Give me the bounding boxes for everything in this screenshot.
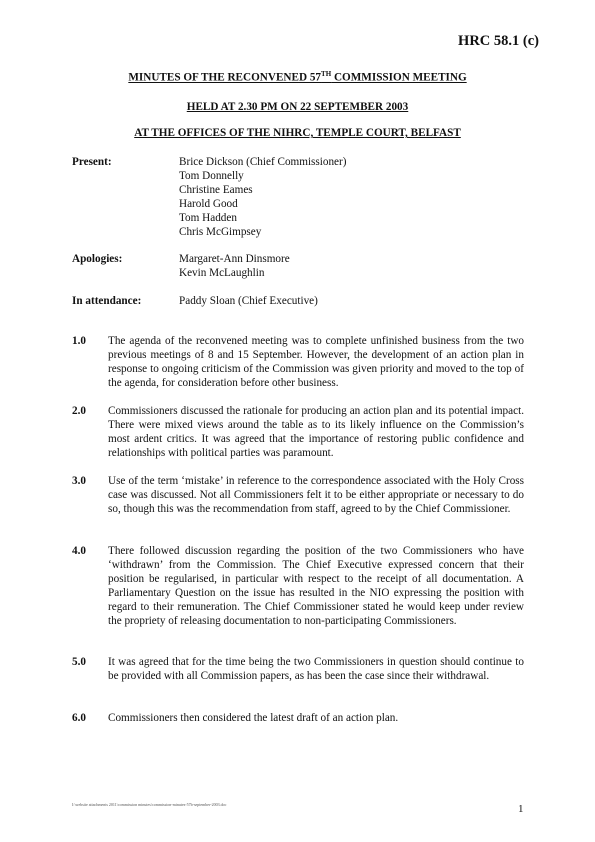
item-number: 5.0 bbox=[72, 655, 86, 669]
title-text: MINUTES OF THE RECONVENED 57 bbox=[128, 72, 321, 84]
item-number: 1.0 bbox=[72, 334, 86, 348]
present-names: Brice Dickson (Chief Commissioner)Tom Do… bbox=[179, 155, 346, 239]
minute-item: 2.0 Commissioners discussed the rational… bbox=[72, 404, 524, 460]
page-number: 1 bbox=[518, 803, 524, 815]
attendee-name: Harold Good bbox=[179, 197, 346, 211]
item-number: 4.0 bbox=[72, 544, 86, 558]
minute-item: 3.0 Use of the term ‘mistake’ in referen… bbox=[72, 474, 524, 516]
minute-item: 1.0 The agenda of the reconvened meeting… bbox=[72, 334, 524, 390]
item-text: Commissioners then considered the latest… bbox=[108, 711, 524, 725]
item-number: 2.0 bbox=[72, 404, 86, 418]
document-reference: HRC 58.1 (c) bbox=[458, 33, 539, 50]
minute-item: 4.0 There followed discussion regarding … bbox=[72, 544, 524, 628]
title-text-rest: COMMISSION MEETING bbox=[331, 72, 467, 84]
in-attendance-label: In attendance: bbox=[72, 294, 141, 308]
title-location: AT THE OFFICES OF THE NIHRC, TEMPLE COUR… bbox=[0, 127, 595, 139]
attendee-name: Brice Dickson (Chief Commissioner) bbox=[179, 155, 346, 169]
item-text: It was agreed that for the time being th… bbox=[108, 655, 524, 683]
title-ordinal-suffix: TH bbox=[321, 70, 331, 78]
attendee-name: Tom Donnelly bbox=[179, 169, 346, 183]
minute-item: 6.0 Commissioners then considered the la… bbox=[72, 711, 524, 725]
attendee-name: Paddy Sloan (Chief Executive) bbox=[179, 294, 318, 308]
apologies-label: Apologies: bbox=[72, 252, 122, 266]
title-meeting: MINUTES OF THE RECONVENED 57TH COMMISSIO… bbox=[0, 70, 595, 84]
attendee-name: Margaret-Ann Dinsmore bbox=[179, 252, 290, 266]
attendee-name: Christine Eames bbox=[179, 183, 346, 197]
item-number: 3.0 bbox=[72, 474, 86, 488]
apologies-names: Margaret-Ann DinsmoreKevin McLaughlin bbox=[179, 252, 290, 280]
item-text: There followed discussion regarding the … bbox=[108, 544, 524, 628]
attendee-name: Kevin McLaughlin bbox=[179, 266, 290, 280]
attendee-name: Chris McGimpsey bbox=[179, 225, 346, 239]
item-text: Use of the term ‘mistake’ in reference t… bbox=[108, 474, 524, 516]
minute-item: 5.0 It was agreed that for the time bein… bbox=[72, 655, 524, 683]
item-text: Commissioners discussed the rationale fo… bbox=[108, 404, 524, 460]
in-attendance-names: Paddy Sloan (Chief Executive) bbox=[179, 294, 318, 308]
present-label: Present: bbox=[72, 155, 112, 169]
title-date-time: HELD AT 2.30 PM ON 22 SEPTEMBER 2003 bbox=[0, 101, 595, 113]
attendee-name: Tom Hadden bbox=[179, 211, 346, 225]
item-text: The agenda of the reconvened meeting was… bbox=[108, 334, 524, 390]
item-number: 6.0 bbox=[72, 711, 86, 725]
footer-file-path: I:\website attachments 2011\commission m… bbox=[72, 802, 226, 807]
